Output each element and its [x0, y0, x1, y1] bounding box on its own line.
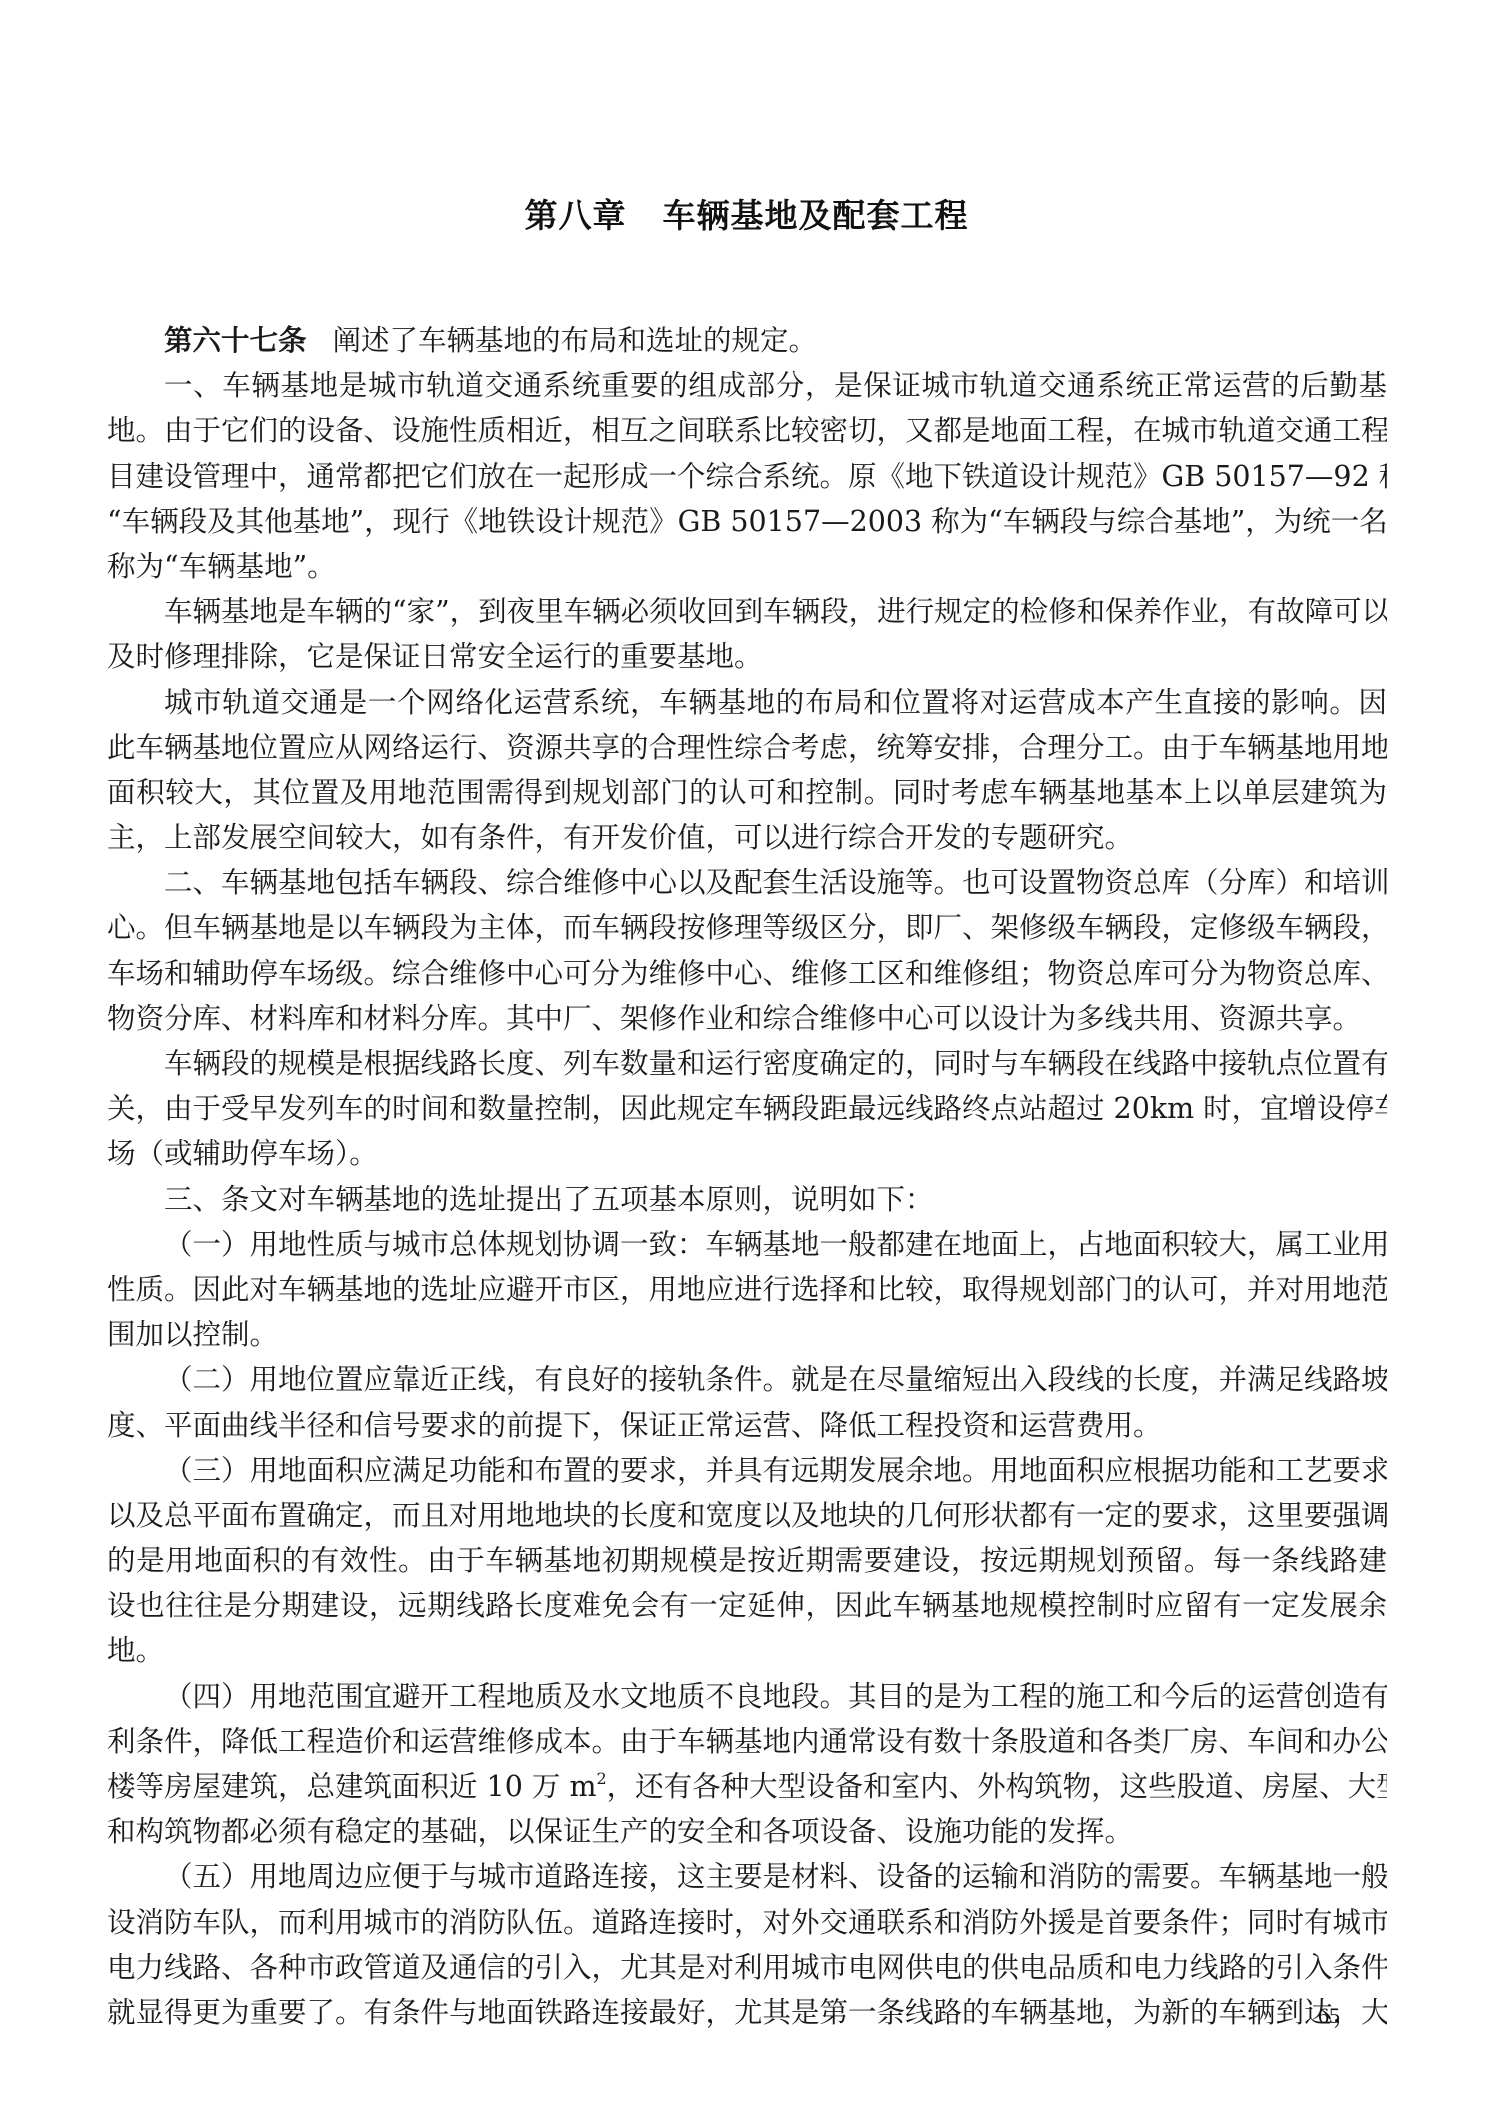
text-line: （五）用地周边应便于与城市道路连接，这主要是材料、设备的运输和消防的需要。车辆基… — [107, 1854, 1387, 1899]
text-line: （三）用地面积应满足功能和布置的要求，并具有远期发展余地。用地面积应根据功能和工… — [107, 1448, 1387, 1493]
chapter-label: 第八章 — [525, 196, 627, 235]
text-line: 物资分库、材料库和材料分库。其中厂、架修作业和综合维修中心可以设计为多线共用、资… — [107, 996, 1387, 1041]
text-line: 二、车辆基地包括车辆段、综合维修中心以及配套生活设施等。也可设置物资总库（分库）… — [107, 860, 1387, 905]
text-line: （二）用地位置应靠近正线，有良好的接轨条件。就是在尽量缩短出入段线的长度，并满足… — [107, 1357, 1387, 1402]
page-number: 65 — [1318, 2003, 1340, 2029]
text-line: 主，上部发展空间较大，如有条件，有开发价值，可以进行综合开发的专题研究。 — [107, 815, 1387, 860]
text-line: （四）用地范围宜避开工程地质及水文地质不良地段。其目的是为工程的施工和今后的运营… — [107, 1674, 1387, 1719]
text-line: 就显得更为重要了。有条件与地面铁路连接最好，尤其是第一条线路的车辆基地，为新的车… — [107, 1990, 1387, 2035]
text-line: （一）用地性质与城市总体规划协调一致：车辆基地一般都建在地面上，占地面积较大，属… — [107, 1222, 1387, 1267]
text-line: 关，由于受早发列车的时间和数量控制，因此规定车辆段距最远线路终点站超过 20km… — [107, 1086, 1387, 1131]
text-line: 目建设管理中，通常都把它们放在一起形成一个综合系统。原《地下铁道设计规范》GB … — [107, 454, 1387, 499]
text-line: 车辆基地是车辆的“家”，到夜里车辆必须收回到车辆段，进行规定的检修和保养作业，有… — [107, 589, 1387, 634]
article-summary: 阐述了车辆基地的布局和选址的规定。 — [333, 324, 818, 357]
paragraph-lines: 一、车辆基地是城市轨道交通系统重要的组成部分，是保证城市轨道交通系统正常运营的后… — [107, 363, 1387, 2035]
text-line: 此车辆基地位置应从网络运行、资源共享的合理性综合考虑，统筹安排，合理分工。由于车… — [107, 725, 1387, 770]
text-line: 心。但车辆基地是以车辆段为主体，而车辆段按修理等级区分，即厂、架修级车辆段，定修… — [107, 905, 1387, 950]
chapter-title: 车辆基地及配套工程 — [663, 196, 969, 235]
text-line: 的是用地面积的有效性。由于车辆基地初期规模是按近期需要建设，按远期规划预留。每一… — [107, 1538, 1387, 1583]
text-segment: 楼等房屋建筑，总建筑面积近 10 万 m — [107, 1770, 596, 1803]
text-line: 称为“车辆基地”。 — [107, 544, 1387, 589]
text-line: 地。由于它们的设备、设施性质相近，相互之间联系比较密切，又都是地面工程，在城市轨… — [107, 408, 1387, 453]
article-label: 第六十七条 — [164, 324, 307, 357]
superscript: 2 — [596, 1769, 606, 1788]
text-line: 电力线路、各种市政管道及通信的引入，尤其是对利用城市电网供电的供电品质和电力线路… — [107, 1945, 1387, 1990]
text-line: 场（或辅助停车场）。 — [107, 1131, 1387, 1176]
text-line: 性质。因此对车辆基地的选址应避开市区，用地应进行选择和比较，取得规划部门的认可，… — [107, 1267, 1387, 1312]
text-line: 车场和辅助停车场级。综合维修中心可分为维修中心、维修工区和维修组；物资总库可分为… — [107, 951, 1387, 996]
document-body: 第六十七条阐述了车辆基地的布局和选址的规定。 一、车辆基地是城市轨道交通系统重要… — [107, 318, 1387, 2035]
text-line: 及时修理排除，它是保证日常安全运行的重要基地。 — [107, 634, 1387, 679]
text-line: 利条件，降低工程造价和运营维修成本。由于车辆基地内通常设有数十条股道和各类厂房、… — [107, 1719, 1387, 1764]
text-line: 三、条文对车辆基地的选址提出了五项基本原则，说明如下： — [107, 1177, 1387, 1222]
text-line: 一、车辆基地是城市轨道交通系统重要的组成部分，是保证城市轨道交通系统正常运营的后… — [107, 363, 1387, 408]
text-segment: ，还有各种大型设备和室内、外构筑物，这些股道、房屋、大型设备 — [607, 1770, 1387, 1803]
article-heading-line: 第六十七条阐述了车辆基地的布局和选址的规定。 — [107, 318, 1387, 363]
text-line: 面积较大，其位置及用地范围需得到规划部门的认可和控制。同时考虑车辆基地基本上以单… — [107, 770, 1387, 815]
text-line: 车辆段的规模是根据线路长度、列车数量和运行密度确定的，同时与车辆段在线路中接轨点… — [107, 1041, 1387, 1086]
text-line: 地。 — [107, 1628, 1387, 1673]
text-line: 设也往往是分期建设，远期线路长度难免会有一定延伸，因此车辆基地规模控制时应留有一… — [107, 1583, 1387, 1628]
text-line: 城市轨道交通是一个网络化运营系统，车辆基地的布局和位置将对运营成本产生直接的影响… — [107, 680, 1387, 725]
text-line: 以及总平面布置确定，而且对用地地块的长度和宽度以及地块的几何形状都有一定的要求，… — [107, 1493, 1387, 1538]
text-line: 和构筑物都必须有稳定的基础，以保证生产的安全和各项设备、设施功能的发挥。 — [107, 1809, 1387, 1854]
text-line: “车辆段及其他基地”，现行《地铁设计规范》GB 50157—2003 称为“车辆… — [107, 499, 1387, 544]
text-line: 设消防车队，而利用城市的消防队伍。道路连接时，对外交通联系和消防外援是首要条件；… — [107, 1900, 1387, 1945]
text-line: 楼等房屋建筑，总建筑面积近 10 万 m2，还有各种大型设备和室内、外构筑物，这… — [107, 1764, 1387, 1809]
text-line: 围加以控制。 — [107, 1312, 1387, 1357]
chapter-heading: 第八章车辆基地及配套工程 — [0, 190, 1493, 237]
text-line: 度、平面曲线半径和信号要求的前提下，保证正常运营、降低工程投资和运营费用。 — [107, 1403, 1387, 1448]
